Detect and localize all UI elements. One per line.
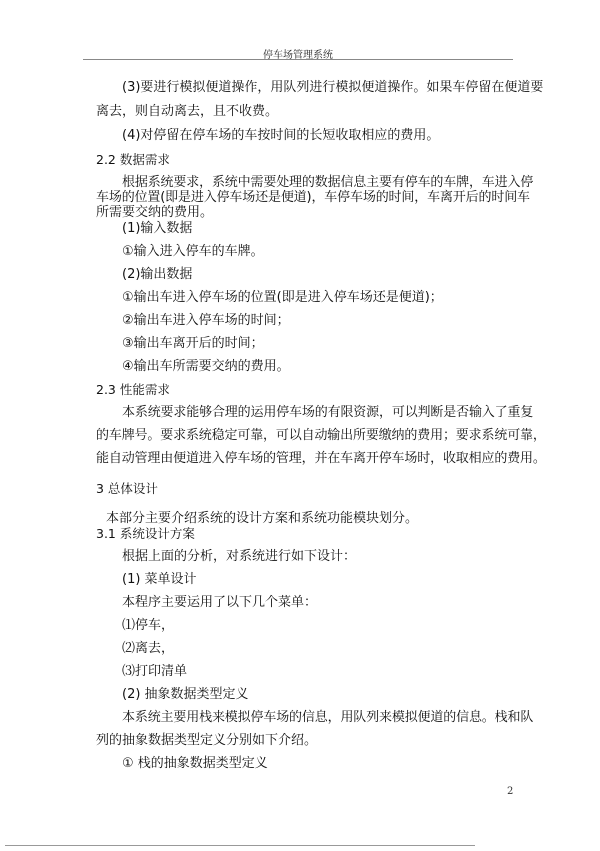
paragraph-adt-intro-cont: 列的抽象数据类型定义分别如下介绍。 [96, 733, 317, 748]
paragraph-design-analysis: 根据上面的分析，对系统进行如下设计： [96, 549, 356, 564]
paragraph-performance-cont-1: 的车牌号。要求系统稳定可靠，可以自动输出所要缴纳的费用；要求系统可靠， [96, 428, 546, 443]
subheading-stack-adt: ① 栈的抽象数据类型定义 [96, 756, 268, 771]
list-item-menu-print: ⑶打印清单 [96, 664, 187, 679]
subheading-menu-design: (1) 菜单设计 [96, 572, 197, 587]
list-item-input-1: ①输入进入停车的车牌。 [96, 244, 264, 259]
paragraph-adt-intro: 本系统主要用栈来模拟停车场的信息，用队列来模拟便道的信息。栈和队 [96, 710, 533, 725]
list-item-menu-park: ⑴停车， [96, 618, 174, 633]
subheading-adt-definition: (2) 抽象数据类型定义 [96, 687, 249, 702]
paragraph-requirement-4: (4)对停留在停车场的车按时间的长短收取相应的费用。 [96, 128, 439, 143]
section-heading-2-2: 2.2 数据需求 [96, 152, 170, 167]
paragraph-menu-intro: 本程序主要运用了以下几个菜单： [96, 595, 317, 610]
footer-divider [5, 845, 475, 846]
subheading-output-data: (2)输出数据 [96, 267, 192, 282]
list-item-output-1: ①输出车进入停车场的位置(即是进入停车场还是便道)； [96, 290, 443, 305]
section-heading-3: 3 总体设计 [96, 481, 158, 496]
paragraph-performance-cont-2: 能自动管理由便道进入停车场的管理，并在车离开停车场时，收取相应的费用。 [96, 451, 546, 466]
list-item-output-3: ③输出车离开后的时间； [96, 336, 264, 351]
list-item-menu-leave: ⑵离去， [96, 641, 174, 656]
header-divider [83, 59, 513, 60]
paragraph-data-requirements-cont-2: 所需要交纳的费用。 [96, 205, 213, 220]
subheading-input-data: (1)输入数据 [96, 221, 192, 236]
paragraph-requirement-3: (3)要进行模拟便道操作，用队列进行模拟便道操作。如果车停留在便道要 [96, 80, 543, 95]
section-heading-3-1: 3.1 系统设计方案 [96, 526, 195, 541]
paragraph-data-requirements: 根据系统要求，系统中需要处理的数据信息主要有停车的车牌，车进入停 [96, 175, 533, 190]
paragraph-requirement-3-cont: 离去，则自动离去，且不收费。 [96, 104, 278, 119]
paragraph-performance: 本系统要求能够合理的运用停车场的有限资源，可以判断是否输入了重复 [96, 405, 533, 420]
page-number: 2 [507, 786, 513, 797]
list-item-output-2: ②输出车进入停车场的时间； [96, 313, 290, 328]
list-item-output-4: ④输出车所需要交纳的费用。 [96, 359, 290, 374]
section-heading-2-3: 2.3 性能需求 [96, 382, 170, 397]
paragraph-data-requirements-cont-1: 车场的位置(即是进入停车场还是便道)，车停车场的时间，车离开后的时间车 [96, 190, 530, 205]
paragraph-design-intro: 本部分主要介绍系统的设计方案和系统功能模块划分。 [96, 511, 418, 526]
